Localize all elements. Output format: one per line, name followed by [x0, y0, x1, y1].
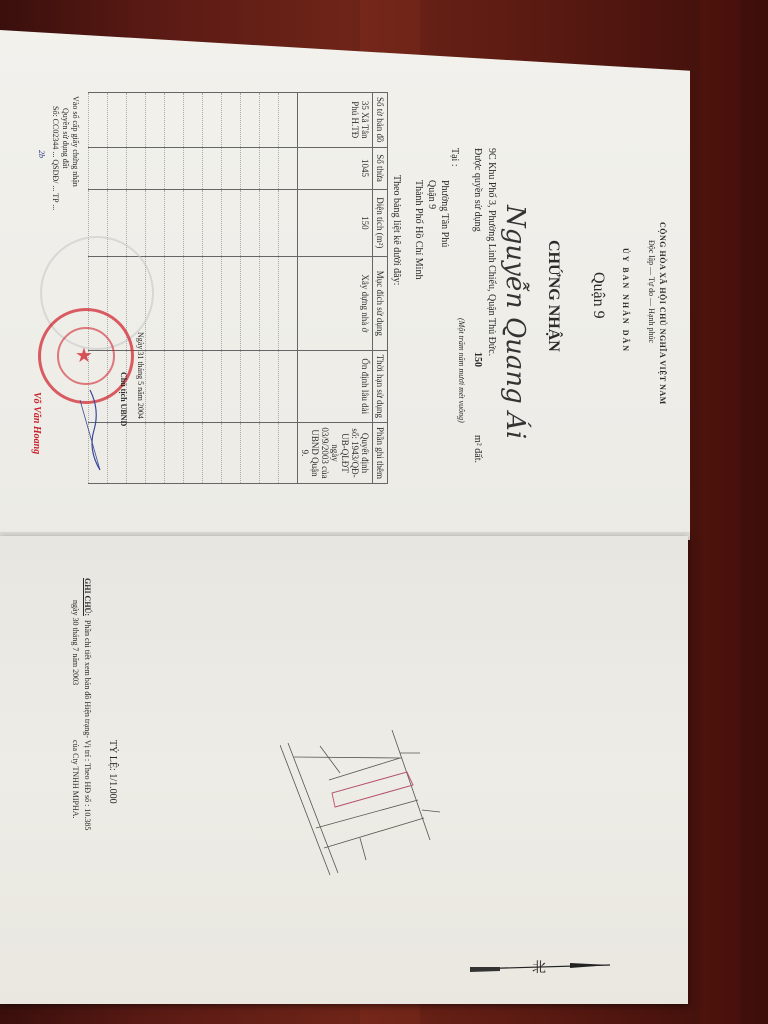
cell-term: Ổn định lâu dài: [298, 350, 373, 422]
parcel-map: [280, 720, 460, 900]
signature-date: Ngày 31 tháng 5 năm 2004: [136, 332, 145, 419]
signature-title: Chủ tịch UBND: [119, 372, 128, 426]
col-term: Thời hạn sử dụng: [373, 350, 388, 422]
table-row-blank: [203, 93, 222, 484]
cell-map-sheet: 35 Xã Tân Phú H.TĐ: [298, 93, 373, 148]
table-row: 35 Xã Tân Phú H.TĐ 1045 150 Xây dựng nhà…: [298, 93, 373, 484]
registry-line3: Số: CC02344 ... QSDĐ/ ... TP ...: [51, 106, 60, 210]
col-parcel: Số thửa: [373, 147, 388, 189]
table-row-blank: [184, 93, 203, 484]
table-row-blank: [222, 93, 241, 484]
location-district: Quận 9: [426, 180, 437, 209]
table-intro: Theo bảng liệt kê dưới đây:: [391, 175, 402, 285]
note-line3: của Cty TNHH MIPHA.: [71, 740, 80, 819]
table-row-blank: [165, 93, 184, 484]
location-ward: Phường Tân Phú: [439, 180, 450, 247]
table-header-row: Số tờ bản đồ Số thửa Diện tích (m²) Mục …: [373, 93, 388, 484]
certificate-title: CHỨNG NHẬN: [544, 240, 562, 352]
cell-parcel: 1045: [298, 147, 373, 189]
svg-text:北: 北: [532, 960, 546, 976]
area-words: (Một trăm năm mươi mét vuông): [457, 318, 466, 423]
address: 9C Khu Phố 3, Phường Linh Chiểu, Quận Th…: [486, 148, 497, 356]
location-city: Thành Phố Hồ Chí Minh: [413, 180, 424, 279]
col-notes: Phần ghi thêm: [373, 423, 388, 484]
location-label: Tại :: [449, 148, 460, 167]
wood-grain: [700, 0, 740, 1024]
col-area: Diện tích (m²): [373, 189, 388, 257]
cell-notes: Quyết định số: 1943/QĐ-UB-QLĐT ngày 03/9…: [298, 423, 373, 484]
registry-handwritten: 2b: [37, 150, 46, 158]
header-republic: CỘNG HÒA XÃ HỘI CHỦ NGHĨA VIỆT NAM: [658, 222, 667, 405]
handwritten-signature: [60, 380, 120, 480]
col-map-sheet: Số tờ bản đồ: [373, 93, 388, 148]
map-scale: TỶ LỆ: 1/1.000: [107, 740, 118, 804]
table-row-blank: [260, 93, 279, 484]
col-purpose: Mục đích sử dụng: [373, 257, 388, 350]
table-row-blank: [279, 93, 298, 484]
area-value: 150: [472, 352, 483, 367]
registry-line2: Quyền sử dụng đất: [61, 108, 70, 169]
north-arrow-icon: 北: [470, 955, 620, 985]
use-right-label: Được quyền sử dụng: [472, 148, 483, 232]
table-row-blank: [241, 93, 260, 484]
note-label: GHI CHÚ:: [83, 578, 92, 616]
cell-purpose: Xây dựng nhà ở: [298, 257, 373, 350]
note-line2: ngày 30 tháng 7 năm 2003: [71, 600, 80, 685]
signer-name: Võ Văn Hoang: [31, 392, 42, 454]
holder-name: Nguyễn Quang Ái: [500, 205, 530, 439]
note-line1: Phần chi tiết xem bản đồ Hiện trạng- Vị …: [83, 620, 92, 830]
star-icon: ★: [75, 343, 93, 368]
registry-line1: Vào sổ cấp giấy chứng nhận: [71, 96, 80, 187]
header-district: Quận 9: [589, 272, 607, 319]
cell-area: 150: [298, 189, 373, 257]
header-motto: Độc lập — Tự do — Hạnh phúc: [647, 240, 656, 343]
area-unit: m² đất.: [472, 435, 483, 463]
header-authority: ỦY BAN NHÂN DÂN: [621, 248, 630, 353]
